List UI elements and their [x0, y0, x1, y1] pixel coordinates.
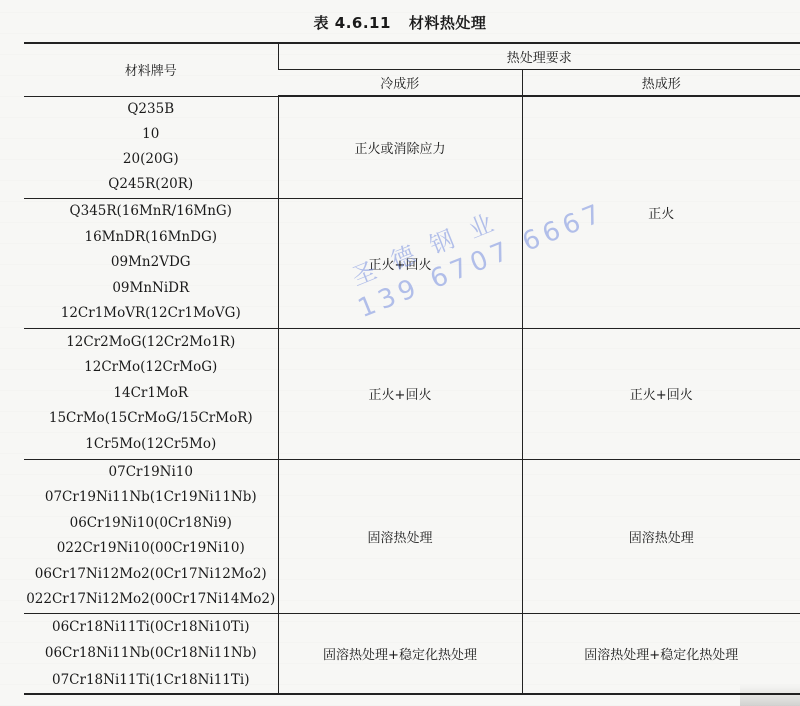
material-grade: 12Cr2MoG(12Cr2Mo1R) [24, 330, 278, 356]
material-grade: 10 [24, 122, 278, 147]
hot-forming-cell: 固溶热处理 [522, 459, 800, 613]
material-list: Q235B 10 20(20G) Q245R(20R) [24, 96, 278, 198]
material-grade: 15CrMo(15CrMoG/15CrMoR) [24, 406, 278, 432]
material-list: 12Cr2MoG(12Cr2Mo1R) 12CrMo(12CrMoG) 14Cr… [24, 328, 278, 459]
material-list: 07Cr19Ni10 07Cr19Ni11Nb(1Cr19Ni11Nb) 06C… [24, 459, 278, 613]
material-grade: 16MnDR(16MnDG) [24, 225, 278, 251]
hot-forming-cell-merged: 正火 [522, 96, 800, 328]
material-grade: 12Cr1MoVR(12Cr1MoVG) [24, 301, 278, 327]
material-grade: 07Cr18Ni11Ti(1Cr18Ni11Ti) [24, 667, 278, 694]
material-grade: Q245R(20R) [24, 172, 278, 197]
material-grade: 09MnNiDR [24, 276, 278, 302]
table-row: Q235B 10 20(20G) Q245R(20R) 正火或消除应力 正火 [24, 96, 800, 198]
hot-forming-cell: 正火+回火 [522, 328, 800, 459]
material-grade: 09Mn2VDG [24, 250, 278, 276]
material-grade: Q235B [24, 97, 278, 122]
cold-forming-cell: 正火或消除应力 [278, 96, 522, 198]
table-number: 表 4.6.11 [314, 14, 391, 32]
material-grade: 06Cr17Ni12Mo2(0Cr17Ni12Mo2) [24, 562, 278, 588]
header-heat-treatment: 热处理要求 [278, 43, 800, 69]
cold-forming-cell: 正火+回火 [278, 328, 522, 459]
header-cold-forming: 冷成形 [278, 69, 522, 96]
material-grade: 07Cr19Ni10 [24, 460, 278, 486]
material-grade: 06Cr18Ni11Ti(0Cr18Ni10Ti) [24, 614, 278, 641]
cold-forming-cell: 正火+回火 [278, 198, 522, 328]
cold-forming-cell: 固溶热处理+稳定化热处理 [278, 613, 522, 694]
header-material: 材料牌号 [24, 43, 278, 96]
header-hot-forming: 热成形 [522, 69, 800, 96]
table-caption: 表 4.6.11材料热处理 [0, 12, 800, 33]
material-grade: 07Cr19Ni11Nb(1Cr19Ni11Nb) [24, 485, 278, 511]
material-list: Q345R(16MnR/16MnG) 16MnDR(16MnDG) 09Mn2V… [24, 198, 278, 328]
material-grade: 12CrMo(12CrMoG) [24, 355, 278, 381]
table-title: 材料热处理 [409, 14, 487, 32]
material-grade: 1Cr5Mo(12Cr5Mo) [24, 432, 278, 458]
material-grade: 20(20G) [24, 147, 278, 172]
material-grade: Q345R(16MnR/16MnG) [24, 199, 278, 225]
material-grade: 022Cr19Ni10(00Cr19Ni10) [24, 536, 278, 562]
material-list: 06Cr18Ni11Ti(0Cr18Ni10Ti) 06Cr18Ni11Nb(0… [24, 613, 278, 694]
table-row: 06Cr18Ni11Ti(0Cr18Ni10Ti) 06Cr18Ni11Nb(0… [24, 613, 800, 694]
table-row: 12Cr2MoG(12Cr2Mo1R) 12CrMo(12CrMoG) 14Cr… [24, 328, 800, 459]
cold-forming-cell: 固溶热处理 [278, 459, 522, 613]
material-grade: 06Cr19Ni10(0Cr18Ni9) [24, 511, 278, 537]
hot-forming-cell: 固溶热处理+稳定化热处理 [522, 613, 800, 694]
material-grade: 06Cr18Ni11Nb(0Cr18Ni11Nb) [24, 640, 278, 667]
heat-treatment-table: 材料牌号 热处理要求 冷成形 热成形 Q235B 10 20(20G) Q245… [24, 42, 800, 695]
material-grade: 022Cr17Ni12Mo2(00Cr17Ni14Mo2) [24, 587, 278, 613]
table-row: 07Cr19Ni10 07Cr19Ni11Nb(1Cr19Ni11Nb) 06C… [24, 459, 800, 613]
material-grade: 14Cr1MoR [24, 381, 278, 407]
